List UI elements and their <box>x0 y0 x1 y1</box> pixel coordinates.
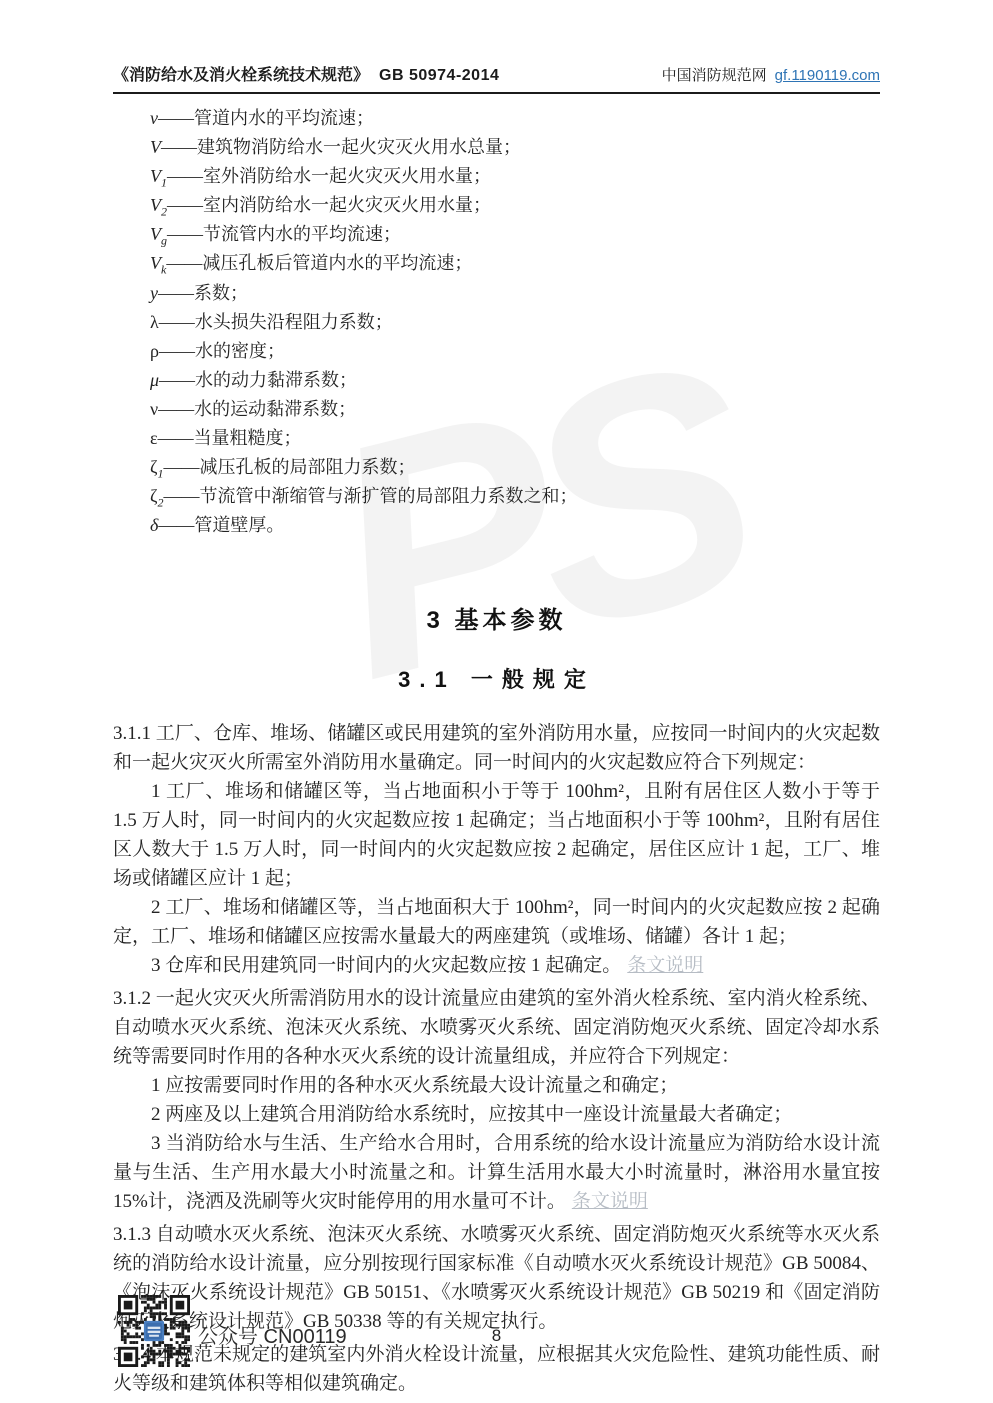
symbol-row: λ——水头损失沿程阻力系数； <box>150 311 880 340</box>
site-name: 中国消防规范网 <box>662 67 767 84</box>
symbol-row: ε——当量粗糙度； <box>150 427 880 456</box>
symbol-row: V2——室内消防给水一起火灾灭火用水量； <box>150 194 880 223</box>
symbol-row: ζ1——减压孔板的局部阻力系数； <box>150 456 880 485</box>
symbol-row: v——管道内水的平均流速； <box>150 107 880 136</box>
clause-3-1-4: 3.1.4 本规范未规定的建筑室内外消火栓设计流量，应根据其火灾危险性、建筑功能… <box>113 1340 880 1398</box>
symbol-row: ζ2——节流管中渐缩管与渐扩管的局部阻力系数之和； <box>150 485 880 514</box>
section-heading: 3.1 一般规定 <box>113 663 880 694</box>
clause-3-1-2-item-3: 3 当消防给水与生活、生产给水合用时，合用系统的给水设计流量应为消防给水设计流量… <box>113 1129 880 1216</box>
clause-3-1-2: 3.1.2 一起火灾灭火所需消防用水的设计流量应由建筑的室外消火栓系统、室内消火… <box>113 984 880 1071</box>
commentary-link-1[interactable]: 条文说明 <box>627 955 703 976</box>
clause-3-1-3: 3.1.3 自动喷水灭火系统、泡沫灭火系统、水喷雾灭火系统、固定消防炮灭火系统等… <box>113 1220 880 1336</box>
body-text: 3.1.1 工厂、仓库、堆场、储罐区或民用建筑的室外消防用水量，应按同一时间内的… <box>113 719 880 1398</box>
clause-3-1-1-item-1: 1 工厂、堆场和储罐区等，当占地面积小于等于 100hm²，且附有居住区人数小于… <box>113 777 880 893</box>
symbol-row: ρ——水的密度； <box>150 340 880 369</box>
symbol-row: Vk——减压孔板后管道内水的平均流速； <box>150 252 880 281</box>
symbol-row: δ——管道壁厚。 <box>150 514 880 543</box>
site-link[interactable]: gf.1190119.com <box>775 67 880 84</box>
symbol-row: y——系数； <box>150 282 880 311</box>
clause-3-1-2-item-1: 1 应按需要同时作用的各种水灭火系统最大设计流量之和确定； <box>113 1071 880 1100</box>
page-header: 《消防给水及消火栓系统技术规范》GB 50974-2014 中国消防规范网gf.… <box>113 62 880 94</box>
clause-3-1-1-item-2: 2 工厂、堆场和储罐区等，当占地面积大于 100hm²，同一时间内的火灾起数应按… <box>113 893 880 951</box>
standard-code: GB 50974-2014 <box>379 67 499 84</box>
document-title: 《消防给水及消火栓系统技术规范》 <box>113 67 369 84</box>
page-number: 8 <box>0 1326 993 1346</box>
commentary-link-2[interactable]: 条文说明 <box>572 1191 648 1212</box>
symbol-row: V——建筑物消防给水一起火灾灭火用水总量； <box>150 136 880 165</box>
symbol-definitions: v——管道内水的平均流速； V——建筑物消防给水一起火灾灭火用水总量； V1——… <box>113 107 880 543</box>
symbol-row: ν——水的运动黏滞系数； <box>150 398 880 427</box>
document-title-block: 《消防给水及消火栓系统技术规范》GB 50974-2014 <box>113 62 499 85</box>
clause-3-1-2-item-2: 2 两座及以上建筑合用消防给水系统时，应按其中一座设计流量最大者确定； <box>113 1100 880 1129</box>
clause-3-1-1-item-3: 3 仓库和民用建筑同一时间内的火灾起数应按 1 起确定。条文说明 <box>113 951 880 980</box>
symbol-row: μ——水的动力黏滞系数； <box>150 369 880 398</box>
site-block: 中国消防规范网gf.1190119.com <box>662 64 880 85</box>
document-page: PS 《消防给水及消火栓系统技术规范》GB 50974-2014 中国消防规范网… <box>0 0 993 1403</box>
symbol-row: V1——室外消防给水一起火灾灭火用水量； <box>150 165 880 194</box>
chapter-heading: 3 基本参数 <box>113 600 880 635</box>
symbol-row: Vg——节流管内水的平均流速； <box>150 223 880 252</box>
clause-3-1-1: 3.1.1 工厂、仓库、堆场、储罐区或民用建筑的室外消防用水量，应按同一时间内的… <box>113 719 880 777</box>
